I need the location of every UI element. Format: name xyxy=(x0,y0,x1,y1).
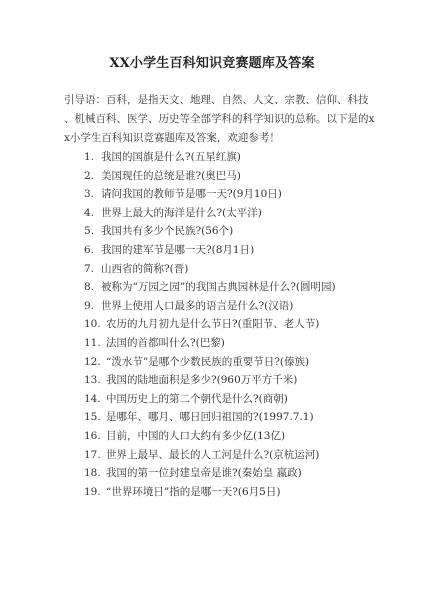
list-item: 16.目前，中国的人口大约有多少亿(13亿) xyxy=(84,427,336,446)
list-item: 14.中国历史上的第二个朝代是什么?(商朝) xyxy=(84,390,336,409)
item-number: 12. xyxy=(84,353,106,372)
item-number: 1. xyxy=(84,148,101,167)
item-number: 9. xyxy=(84,297,101,316)
item-number: 15. xyxy=(84,408,106,427)
list-item: 7.山西省的简称?(晋) xyxy=(84,260,336,279)
item-text: 是哪年、哪月、哪日回归祖国的?(1997.7.1) xyxy=(106,408,314,427)
item-number: 11. xyxy=(84,334,106,353)
document-title: XX小学生百科知识竞赛题库及答案 xyxy=(0,52,424,71)
question-list: 1.我国的国旗是什么?(五星红旗) 2.美国现任的总统是谁?(奥巴马) 3.请问… xyxy=(84,148,336,501)
list-item: 4.世界上最大的海洋是什么?(太平洋) xyxy=(84,204,336,223)
item-text: 山西省的简称?(晋) xyxy=(101,260,188,279)
list-item: 12.“泼水节”是哪个少数民族的重要节日?(傣族) xyxy=(84,353,336,372)
list-item: 1.我国的国旗是什么?(五星红旗) xyxy=(84,148,336,167)
list-item: 13.我国的陆地面积是多少?(960万平方千米) xyxy=(84,371,336,390)
item-number: 6. xyxy=(84,241,101,260)
item-text: 目前，中国的人口大约有多少亿(13亿) xyxy=(106,427,285,446)
item-text: 美国现任的总统是谁?(奥巴马) xyxy=(101,167,241,186)
list-item: 15.是哪年、哪月、哪日回归祖国的?(1997.7.1) xyxy=(84,408,336,427)
list-item: 17.世界上最早、最长的人工河是什么?(京杭运河) xyxy=(84,446,336,465)
item-text: 世界上使用人口最多的语言是什么?(汉语) xyxy=(101,297,293,316)
item-number: 8. xyxy=(84,278,101,297)
item-number: 4. xyxy=(84,204,101,223)
list-item: 2.美国现任的总统是谁?(奥巴马) xyxy=(84,167,336,186)
item-text: 我国的陆地面积是多少?(960万平方千米) xyxy=(106,371,297,390)
item-text: 我国的国旗是什么?(五星红旗) xyxy=(101,148,241,167)
item-text: 我国的第一位封建皇帝是谁?(秦始皇 嬴政) xyxy=(106,464,302,483)
item-text: 中国历史上的第二个朝代是什么?(商朝) xyxy=(106,390,288,409)
intro-line: 引导语：百科，是指天文、地理、自然、人文、宗教、信仰、科技 xyxy=(64,91,364,110)
list-item: 9.世界上使用人口最多的语言是什么?(汉语) xyxy=(84,297,336,316)
list-item: 10.农历的九月初九是什么节日?(重阳节、老人节) xyxy=(84,315,336,334)
item-text: 世界上最大的海洋是什么?(太平洋) xyxy=(101,204,262,223)
item-number: 2. xyxy=(84,167,101,186)
intro-paragraph: 引导语：百科，是指天文、地理、自然、人文、宗教、信仰、科技 、机械百科、医学、历… xyxy=(64,91,364,148)
item-text: 请问我国的教师节是哪一天?(9月10日) xyxy=(101,185,282,204)
item-number: 19. xyxy=(84,483,106,502)
item-text: 法国的首都叫什么?(巴黎) xyxy=(106,334,225,353)
item-text: 我国共有多少个民族?(56个) xyxy=(101,222,233,241)
item-number: 18. xyxy=(84,464,106,483)
item-number: 17. xyxy=(84,446,106,465)
list-item: 8.被称为“万园之园”的我国古典园林是什么?(圆明园) xyxy=(84,278,336,297)
list-item: 5.我国共有多少个民族?(56个) xyxy=(84,222,336,241)
item-text: “世界环境日”指的是哪一天?(6月5日) xyxy=(106,483,280,502)
item-text: 世界上最早、最长的人工河是什么?(京杭运河) xyxy=(106,446,319,465)
list-item: 19.“世界环境日”指的是哪一天?(6月5日) xyxy=(84,483,336,502)
item-text: 我国的建军节是哪一天?(8月1日) xyxy=(101,241,254,260)
item-number: 10. xyxy=(84,315,106,334)
item-number: 3. xyxy=(84,185,101,204)
item-number: 5. xyxy=(84,222,101,241)
item-text: 被称为“万园之园”的我国古典园林是什么?(圆明园) xyxy=(101,278,336,297)
intro-line: x小学生百科知识竞赛题库及答案，欢迎参考！ xyxy=(64,129,364,148)
item-number: 14. xyxy=(84,390,106,409)
list-item: 18.我国的第一位封建皇帝是谁?(秦始皇 嬴政) xyxy=(84,464,336,483)
item-number: 16. xyxy=(84,427,106,446)
item-number: 7. xyxy=(84,260,101,279)
item-text: 农历的九月初九是什么节日?(重阳节、老人节) xyxy=(106,315,319,334)
item-text: “泼水节”是哪个少数民族的重要节日?(傣族) xyxy=(106,353,309,372)
list-item: 6.我国的建军节是哪一天?(8月1日) xyxy=(84,241,336,260)
list-item: 11.法国的首都叫什么?(巴黎) xyxy=(84,334,336,353)
item-number: 13. xyxy=(84,371,106,390)
intro-line: 、机械百科、医学、历史等全部学科的科学知识的总称。以下是的x xyxy=(64,110,364,129)
list-item: 3.请问我国的教师节是哪一天?(9月10日) xyxy=(84,185,336,204)
